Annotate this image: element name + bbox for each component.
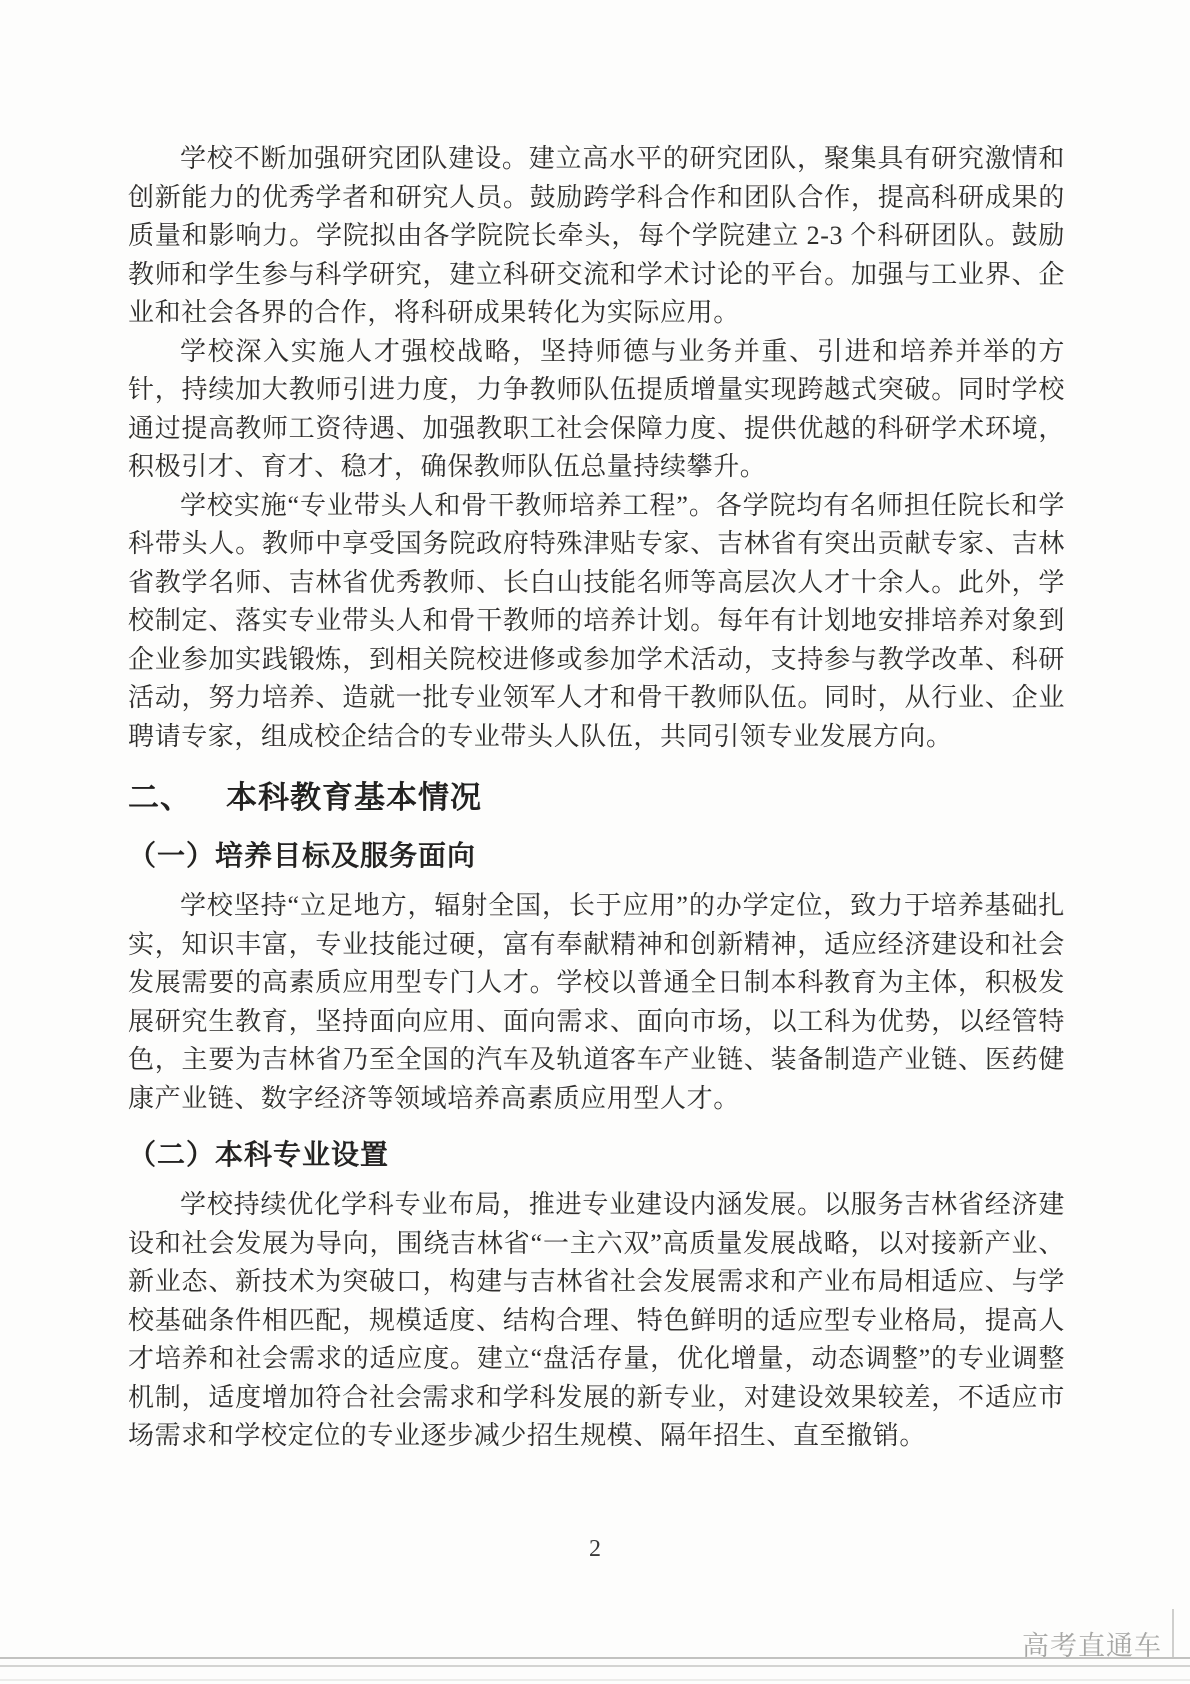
section-heading-undergrad-basics: 二、本科教育基本情况 bbox=[128, 777, 1065, 819]
footer-rule-bottom bbox=[0, 1665, 1190, 1667]
footer-rule-top bbox=[0, 1657, 1190, 1659]
page-number: 2 bbox=[0, 1536, 1190, 1563]
watermark-divider-line bbox=[1172, 1609, 1174, 1659]
body-paragraph-major-layout: 学校持续优化学科专业布局，推进专业建设内涵发展。以服务吉林省经济建设和社会发展为… bbox=[128, 1186, 1065, 1456]
section-number: 二、 bbox=[128, 777, 192, 819]
body-paragraph-backbone-teachers: 学校实施“专业带头人和骨干教师培养工程”。各学院均有名师担任院长和学科带头人。教… bbox=[128, 487, 1065, 757]
body-paragraph-talent-strategy: 学校深入实施人才强校战略，坚持师德与业务并重、引进和培养并举的方针，持续加大教师… bbox=[128, 333, 1065, 487]
body-paragraph-positioning: 学校坚持“立足地方，辐射全国，长于应用”的办学定位，致力于培养基础扎实，知识丰富… bbox=[128, 887, 1065, 1118]
scanned-document-page: 学校不断加强研究团队建设。建立高水平的研究团队，聚集具有研究激情和创新能力的优秀… bbox=[0, 0, 1190, 1684]
subsection-heading-major-setup: （二）本科专业设置 bbox=[128, 1135, 1065, 1175]
subsection-heading-training-goals: （一）培养目标及服务面向 bbox=[128, 836, 1065, 876]
body-paragraph-research-teams: 学校不断加强研究团队建设。建立高水平的研究团队，聚集具有研究激情和创新能力的优秀… bbox=[128, 140, 1065, 333]
section-title: 本科教育基本情况 bbox=[226, 780, 482, 815]
page-bottom-edge bbox=[0, 1679, 1190, 1681]
document-body: 学校不断加强研究团队建设。建立高水平的研究团队，聚集具有研究激情和创新能力的优秀… bbox=[128, 140, 1065, 1456]
